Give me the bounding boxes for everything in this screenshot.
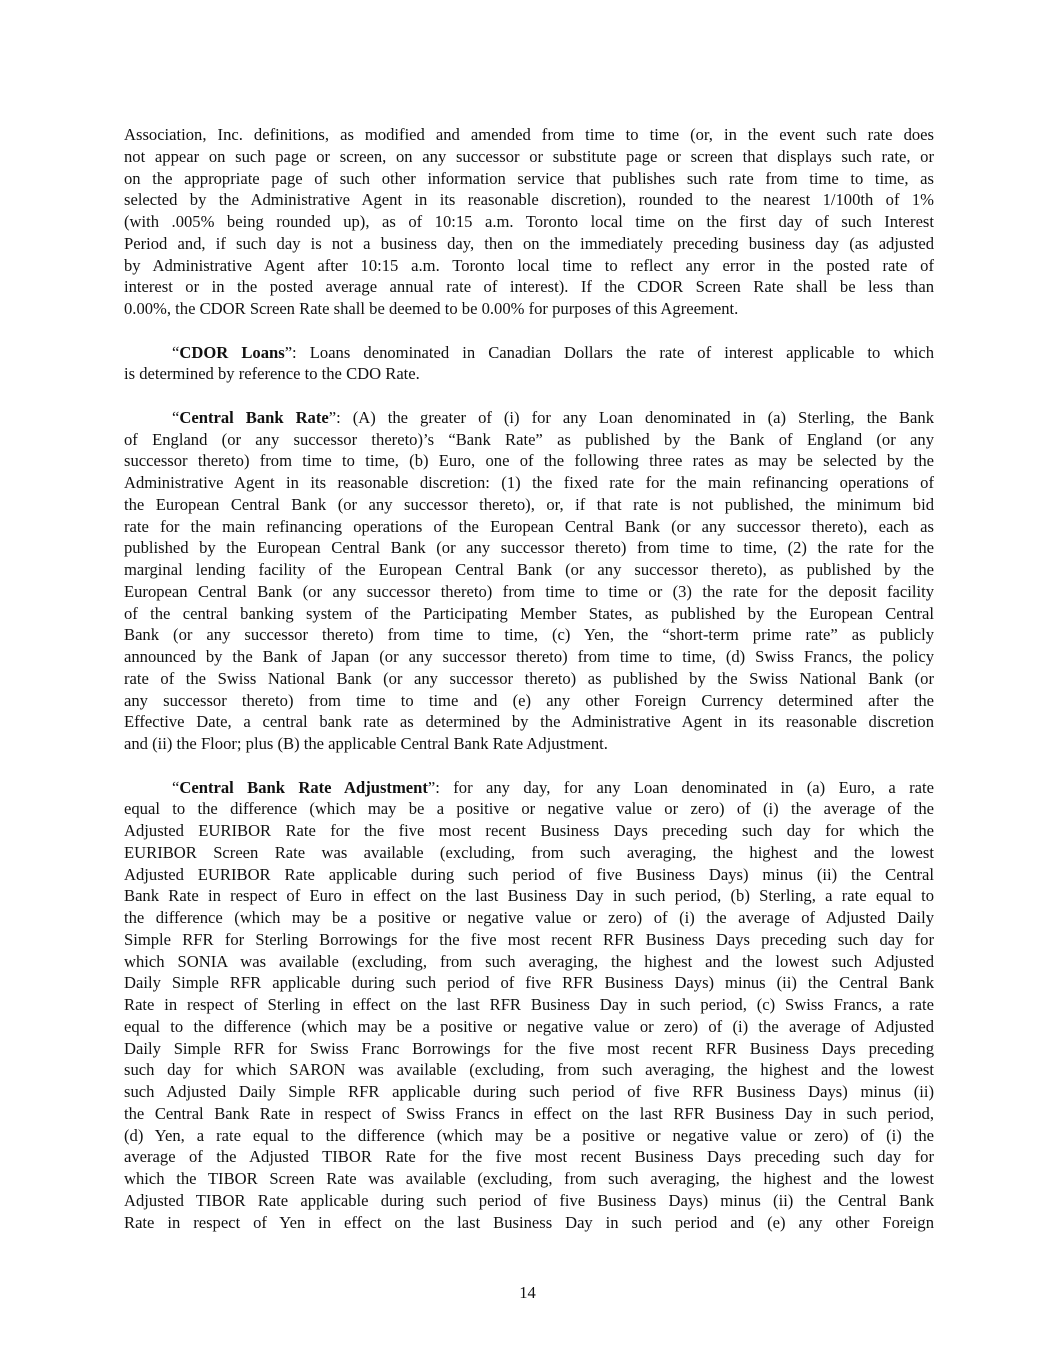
text-line: Adjusted TIBOR Rate applicable during su… (124, 1190, 934, 1212)
text-line: EURIBOR Screen Rate was available (exclu… (124, 842, 934, 864)
text-line: on the appropriate page of such other in… (124, 168, 934, 190)
text-line: Adjusted EURIBOR Rate for the five most … (124, 820, 934, 842)
text-line: equal to the difference (which may be a … (124, 1016, 934, 1038)
definition-first-line: “CDOR Loans”: Loans denominated in Canad… (124, 342, 934, 364)
text-line: announced by the Bank of Japan (or any s… (124, 646, 934, 668)
text-line: which SONIA was available (excluding, fr… (124, 951, 934, 973)
text-line: of the central banking system of the Par… (124, 603, 934, 625)
text-line: by Administrative Agent after 10:15 a.m.… (124, 255, 934, 277)
text-line: Simple RFR for Sterling Borrowings for t… (124, 929, 934, 951)
document-page: Association, Inc. definitions, as modifi… (124, 124, 934, 1255)
text-line: Rate in respect of Yen in effect on the … (124, 1212, 934, 1234)
text-line: the European Central Bank (or any succes… (124, 494, 934, 516)
text-line: the Central Bank Rate in respect of Swis… (124, 1103, 934, 1125)
text-line: the difference (which may be a positive … (124, 907, 934, 929)
text-line: rate of the Swiss National Bank (or any … (124, 668, 934, 690)
text-line: equal to the difference (which may be a … (124, 798, 934, 820)
text-line: rate for the main refinancing operations… (124, 516, 934, 538)
defined-term: Central Bank Rate Adjustment (179, 778, 428, 797)
definition-first-line: “Central Bank Rate”: (A) the greater of … (124, 407, 934, 429)
text-line: selected by the Administrative Agent in … (124, 189, 934, 211)
text-line: average of the Adjusted TIBOR Rate for t… (124, 1146, 934, 1168)
text-line: Effective Date, a central bank rate as d… (124, 711, 934, 733)
text-line: (with .005% being rounded up), as of 10:… (124, 211, 934, 233)
page-number: 14 (0, 1282, 1055, 1304)
definition-cdor-loans: “CDOR Loans”: Loans denominated in Canad… (124, 342, 934, 386)
text-line: (d) Yen, a rate equal to the difference … (124, 1125, 934, 1147)
definition-lead-text: ”: (A) the greater of (i) for any Loan d… (329, 408, 934, 427)
text-line: is determined by reference to the CDO Ra… (124, 363, 934, 385)
definition-lead-text: ”: for any day, for any Loan denominated… (428, 778, 934, 797)
paragraph-continuation: Association, Inc. definitions, as modifi… (124, 124, 934, 320)
text-line: Association, Inc. definitions, as modifi… (124, 124, 934, 146)
text-line: such day for which SARON was available (… (124, 1059, 934, 1081)
text-line: Administrative Agent in its reasonable d… (124, 472, 934, 494)
text-line: Bank (or any successor thereto) from tim… (124, 624, 934, 646)
text-line: published by the European Central Bank (… (124, 537, 934, 559)
text-line: which the TIBOR Screen Rate was availabl… (124, 1168, 934, 1190)
text-line: Daily Simple RFR for Swiss Franc Borrowi… (124, 1038, 934, 1060)
text-line: interest or in the posted average annual… (124, 276, 934, 298)
text-line: Period and, if such day is not a busines… (124, 233, 934, 255)
definition-central-bank-rate: “Central Bank Rate”: (A) the greater of … (124, 407, 934, 755)
text-line: successor thereto) from time to time, (b… (124, 450, 934, 472)
text-line: such Adjusted Daily Simple RFR applicabl… (124, 1081, 934, 1103)
defined-term: Central Bank Rate (179, 408, 328, 427)
text-line: of England (or any successor thereto)’s … (124, 429, 934, 451)
definition-central-bank-rate-adjustment: “Central Bank Rate Adjustment”: for any … (124, 777, 934, 1234)
text-line: Rate in respect of Sterling in effect on… (124, 994, 934, 1016)
text-line: Bank Rate in respect of Euro in effect o… (124, 885, 934, 907)
text-line: not appear on such page or screen, on an… (124, 146, 934, 168)
text-line: any successor thereto) from time to time… (124, 690, 934, 712)
definition-lead-text: ”: Loans denominated in Canadian Dollars… (285, 343, 934, 362)
defined-term: CDOR Loans (179, 343, 284, 362)
text-line: Adjusted EURIBOR Rate applicable during … (124, 864, 934, 886)
text-line: and (ii) the Floor; plus (B) the applica… (124, 733, 934, 755)
text-line: Daily Simple RFR applicable during such … (124, 972, 934, 994)
definition-first-line: “Central Bank Rate Adjustment”: for any … (124, 777, 934, 799)
text-line: marginal lending facility of the Europea… (124, 559, 934, 581)
text-line: 0.00%, the CDOR Screen Rate shall be dee… (124, 298, 934, 320)
text-line: European Central Bank (or any successor … (124, 581, 934, 603)
